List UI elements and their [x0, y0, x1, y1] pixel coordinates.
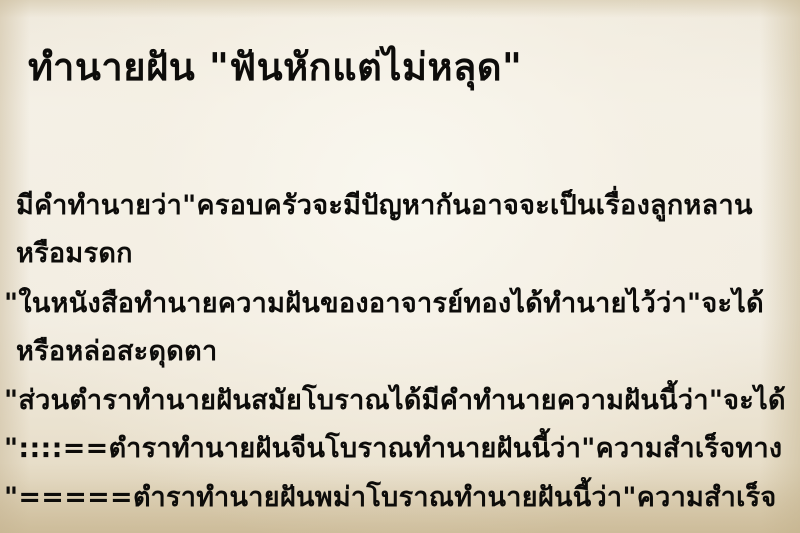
prediction-line-4: "::::==ตำราทำนายฝันจีนโบราณทำนายฝันนี้ว่…: [4, 433, 782, 465]
prediction-line-2: "ในหนังสือทำนายความฝันของอาจารย์ทองได้ทำ…: [4, 288, 764, 320]
prediction-line-1-cont: หรือมรดก: [16, 238, 133, 270]
prediction-line-3: "ส่วนตำราทำนายฝันสมัยโบราณได้มีคำทำนายคว…: [4, 385, 786, 417]
page-title: ทำนายฝัน "ฟันหักแต่ไม่หลุด": [28, 45, 522, 91]
paper-texture-top: [0, 0, 800, 18]
prediction-line-1: มีคำทำนายว่า"ครอบครัวจะมีปัญหากันอาจจะเป…: [16, 190, 753, 222]
prediction-line-2-cont: หรือหล่อสะดุดตา: [16, 336, 217, 368]
prediction-line-5: "=====ตำราทำนายฝันพม่าโบราณทำนายฝันนี้ว่…: [4, 482, 777, 514]
